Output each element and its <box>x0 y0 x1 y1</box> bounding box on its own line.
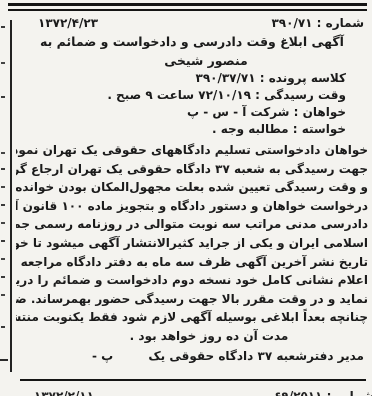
next-notice-partial-row: شماره : ۶۹/۲۵۱۱ ۱۳۷۲/۲/۱۱ <box>16 389 372 396</box>
notice-header-row: شماره : ۳۹۰/۷۱ ۱۳۷۲/۴/۲۳ <box>16 14 368 33</box>
notice-addressee: منصور شیخی <box>16 51 368 70</box>
next-notice-date-partial: ۱۳۷۲/۲/۱۱ <box>34 389 94 396</box>
body-line: دادرسی مدنی مراتب سه نوبت متوالی در روزن… <box>16 215 368 234</box>
body-line: نماید و در وقت مقرر بالا جهت رسیدگی حضور… <box>16 290 368 309</box>
body-line: اعلام نشانی کامل خود نسخه دوم دادخواست و… <box>16 271 368 290</box>
body-line: درخواست خواهان و دستور دادگاه و بتجویز م… <box>16 197 368 216</box>
notice-date: ۱۳۷۲/۴/۲۳ <box>38 14 98 33</box>
case-fields: کلاسه پرونده : ۳۹۰/۳۷/۷۱ وقت رسیدگی : ۷۲… <box>16 70 368 138</box>
notice-number: شماره : ۳۹۰/۷۱ <box>271 14 364 33</box>
notice-body: خواهان دادخواستی تسلیم دادگاههای حقوقی ی… <box>16 141 368 346</box>
body-line: چنانچه بعداً ابلاغی بوسیله آگهی لازم شود… <box>16 308 368 327</box>
footer-print-code: پ - ۱۰۱۰۸ <box>52 347 113 366</box>
body-line-last: مدت آن ده روز خواهد بود . <box>16 327 368 346</box>
bottom-separator-rule <box>20 379 366 381</box>
body-line: خواهان دادخواستی تسلیم دادگاههای حقوقی ی… <box>16 141 368 160</box>
column-separator-rule <box>10 20 12 372</box>
top-double-rule-lower <box>8 9 367 11</box>
body-line: تاریخ نشر آخرین آگهی ظرف سه ماه به دفتر … <box>16 253 368 272</box>
notice-column: شماره : ۳۹۰/۷۱ ۱۳۷۲/۴/۲۳ آگهی ابلاغ وقت … <box>16 14 368 366</box>
notice-footer-row: مدیر دفترشعبه ۳۷ دادگاه حقوقی یک تهران پ… <box>16 347 368 366</box>
notice-title: آگهی ابلاغ وقت دادرسی و دادخواست و ضمائم… <box>16 33 368 51</box>
body-line: اسلامی ایران و یکی از جراید کثیرالانتشار… <box>16 234 368 253</box>
body-line: جهت رسیدگی به شعبه ۳۷ دادگاه حقوقی یک ته… <box>16 160 368 179</box>
footer-signature: مدیر دفترشعبه ۳۷ دادگاه حقوقی یک تهران <box>113 347 364 366</box>
field-plaintiff: خواهان : شرکت آ - س - پ <box>16 104 346 121</box>
next-notice-number-partial: شماره : ۶۹/۲۵۱۱ <box>274 389 372 396</box>
left-edge-rule-fragment <box>0 359 8 361</box>
legal-notice-scan: شماره : ۳۹۰/۷۱ ۱۳۷۲/۴/۲۳ آگهی ابلاغ وقت … <box>0 0 372 396</box>
field-hearing-time: وقت رسیدگی : ۷۲/۱۰/۱۹ ساعت ۹ صبح . <box>16 87 346 104</box>
field-claim: خواسته : مطالبه وجه . <box>16 121 346 138</box>
top-double-rule-upper <box>8 3 367 6</box>
field-case-number: کلاسه پرونده : ۳۹۰/۳۷/۷۱ <box>16 70 346 87</box>
left-edge-print-fragments <box>1 26 5 28</box>
body-line: و وقت رسیدگی تعیین شده بعلت مجهول‌المکان… <box>16 178 368 197</box>
